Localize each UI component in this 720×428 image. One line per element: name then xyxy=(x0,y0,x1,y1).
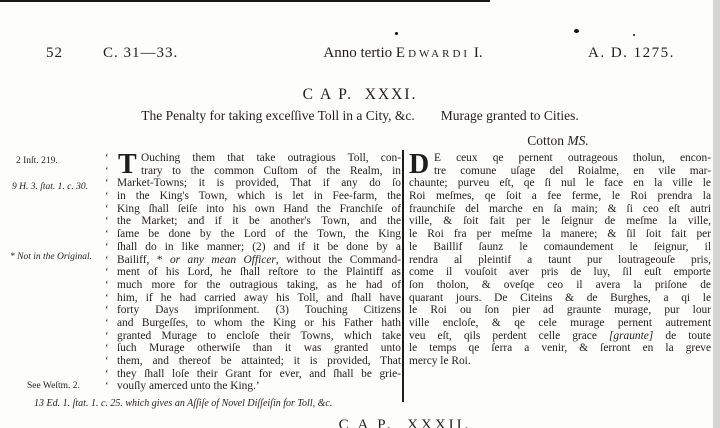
text-line: ‘Market-Towns; it is provided, That if a… xyxy=(103,177,401,190)
text-line: ‘granted Murage to encloſe their Towns, … xyxy=(103,330,401,343)
ink-speck xyxy=(633,34,635,36)
quote-mark: ‘ xyxy=(105,203,109,216)
text-line: ‘and Burgeſſes, to whom the King or his … xyxy=(103,317,401,330)
text-line: ‘Bailiff, * or any mean Officer, without… xyxy=(103,254,401,267)
column-divider-rule xyxy=(402,150,404,402)
subtitle-right: Murage granted to Cities. xyxy=(441,108,579,124)
text-line: ‘they ſhall loſe their Grant for ever, a… xyxy=(103,368,401,381)
text-line: ‘much more for the outragious taking, as… xyxy=(103,279,401,292)
ink-speck xyxy=(395,32,398,35)
text-line: E ceux qe pernent outrageous tholun, enc… xyxy=(409,152,711,165)
text-line: ville encloſe, & qe cele murage pernent … xyxy=(409,317,711,330)
running-title-suffix: I. xyxy=(470,45,483,61)
quote-mark: ‘ xyxy=(105,342,109,355)
chapter-subtitle: The Penalty for taking exceſſive Toll in… xyxy=(60,108,660,124)
text-line: ‘the Market; and if it be another's Town… xyxy=(103,215,401,228)
text-line: ſon tholon, & oveſqe ceo il avera la pri… xyxy=(409,279,711,292)
quote-mark: ‘ xyxy=(105,215,109,228)
text-line: ‘in the King's Town, which is let in Fee… xyxy=(103,190,401,203)
quote-mark: ‘ xyxy=(105,165,109,178)
text-line: le Baillif ſaunz le comaundement le ſeig… xyxy=(409,241,711,254)
text-line: rendra al pleintif a taunt pur loutrageo… xyxy=(409,254,711,267)
text-line: ‘King ſhall ſeiſe into his own Hand the … xyxy=(103,203,401,216)
english-text-column: T ‘Ouching them that take outragious Tol… xyxy=(103,152,401,393)
quote-mark: ‘ xyxy=(105,368,109,381)
quote-mark: ‘ xyxy=(105,177,109,190)
text-line: ‘ſuch Murage otherwiſe than it was grant… xyxy=(103,342,401,355)
text-line: ‘forty Days impriſonment. (3) Touching C… xyxy=(103,304,401,317)
scanned-statute-page: 52 C. 31—33. Anno tertio Edwardi I. A. D… xyxy=(0,0,720,428)
text-line: ‘ſhall do in like manner; (2) and if it … xyxy=(103,241,401,254)
next-chapter-heading-partial: C A P. XXXII. xyxy=(290,417,520,428)
text-line: veu eſt, qils perdent celle grace [graun… xyxy=(409,330,711,343)
text-line: chaunte; purveu eſt, qe ſi nul le face e… xyxy=(409,177,711,190)
footnote: 13 Ed. 1. ſtat. 1. c. 25. which gives an… xyxy=(34,398,464,409)
quote-mark: ‘ xyxy=(105,380,109,393)
subtitle-left: The Penalty for taking exceſſive Toll in… xyxy=(141,108,415,124)
text-line: ville, & ſoit fait per le ſeignur de meſ… xyxy=(409,215,711,228)
manuscript-heading-italic: MS. xyxy=(567,133,588,148)
quote-mark: ‘ xyxy=(105,228,109,241)
quote-mark: ‘ xyxy=(105,266,109,279)
page-number: 52 xyxy=(46,45,63,62)
text-line: come il vouſoit aver pris de luy, ſil eu… xyxy=(409,266,711,279)
text-line: ‘vouſly amerced unto the King.’ xyxy=(103,380,401,393)
text-line: ‘ſame be done by the Lord of the Town, t… xyxy=(103,228,401,241)
text-line: fraunchiſe del marche en ſa main; & ſi c… xyxy=(409,203,711,216)
quote-mark: ‘ xyxy=(105,317,109,330)
text-line: le Roi ou ſon pier ad graunte murage, pu… xyxy=(409,304,711,317)
quote-mark: ‘ xyxy=(105,254,109,267)
quote-mark: ‘ xyxy=(105,152,109,165)
running-title-king-name: Edwardi xyxy=(396,45,470,61)
text-line: quarant jours. De Citeins & de Burghes, … xyxy=(409,292,711,305)
manuscript-heading-roman: Cotton xyxy=(527,133,567,148)
text-line: tre comune uſage del Roialme, en vile ma… xyxy=(409,165,711,178)
text-line: le temps qe ſerra a venir, & ſerront en … xyxy=(409,342,711,355)
quote-mark: ‘ xyxy=(105,279,109,292)
running-title: Anno tertio Edwardi I. xyxy=(283,45,523,62)
text-line: ‘them, and thereof be attainted; it is p… xyxy=(103,355,401,368)
text-line: ‘Ouching them that take outragious Toll,… xyxy=(103,152,401,165)
ink-speck xyxy=(574,29,579,33)
margin-note-citation: 9 H. 3. ſtat. 1. c. 30. xyxy=(12,182,98,193)
text-line: ‘him, if he had carried away his Toll, a… xyxy=(103,292,401,305)
margin-note-not-in-original: * Not in the Original. xyxy=(10,252,94,263)
chapter-heading: C A P. XXXI. xyxy=(0,86,720,104)
quote-mark: ‘ xyxy=(105,190,109,203)
margin-note-citation: 2 Inſt. 219. xyxy=(16,156,100,167)
date-label: A. D. 1275. xyxy=(588,45,675,62)
text-line: le Roi fra per meſme la manere; & ſil ſo… xyxy=(409,228,711,241)
scan-edge-line xyxy=(0,0,490,2)
quote-mark: ‘ xyxy=(105,292,109,305)
quote-mark: ‘ xyxy=(105,241,109,254)
quote-mark: ‘ xyxy=(105,355,109,368)
chapter-range: C. 31—33. xyxy=(103,45,178,62)
manuscript-heading: Cotton MS. xyxy=(403,133,713,149)
scan-edge-strip xyxy=(713,0,720,428)
running-title-prefix: Anno tertio xyxy=(323,45,396,61)
text-line: mercy le Roi. xyxy=(409,355,711,368)
french-text-column: D E ceux qe pernent outrageous tholun, e… xyxy=(409,152,711,368)
quote-mark: ‘ xyxy=(105,304,109,317)
quote-mark: ‘ xyxy=(105,330,109,343)
text-line: ‘trary to the common Cuſtom of the Realm… xyxy=(103,165,401,178)
text-line: ‘ment of his Lord, he ſhall reſtore to t… xyxy=(103,266,401,279)
text-line: Roi meſmes, qe ſoit a fee ferme, le Roi … xyxy=(409,190,711,203)
